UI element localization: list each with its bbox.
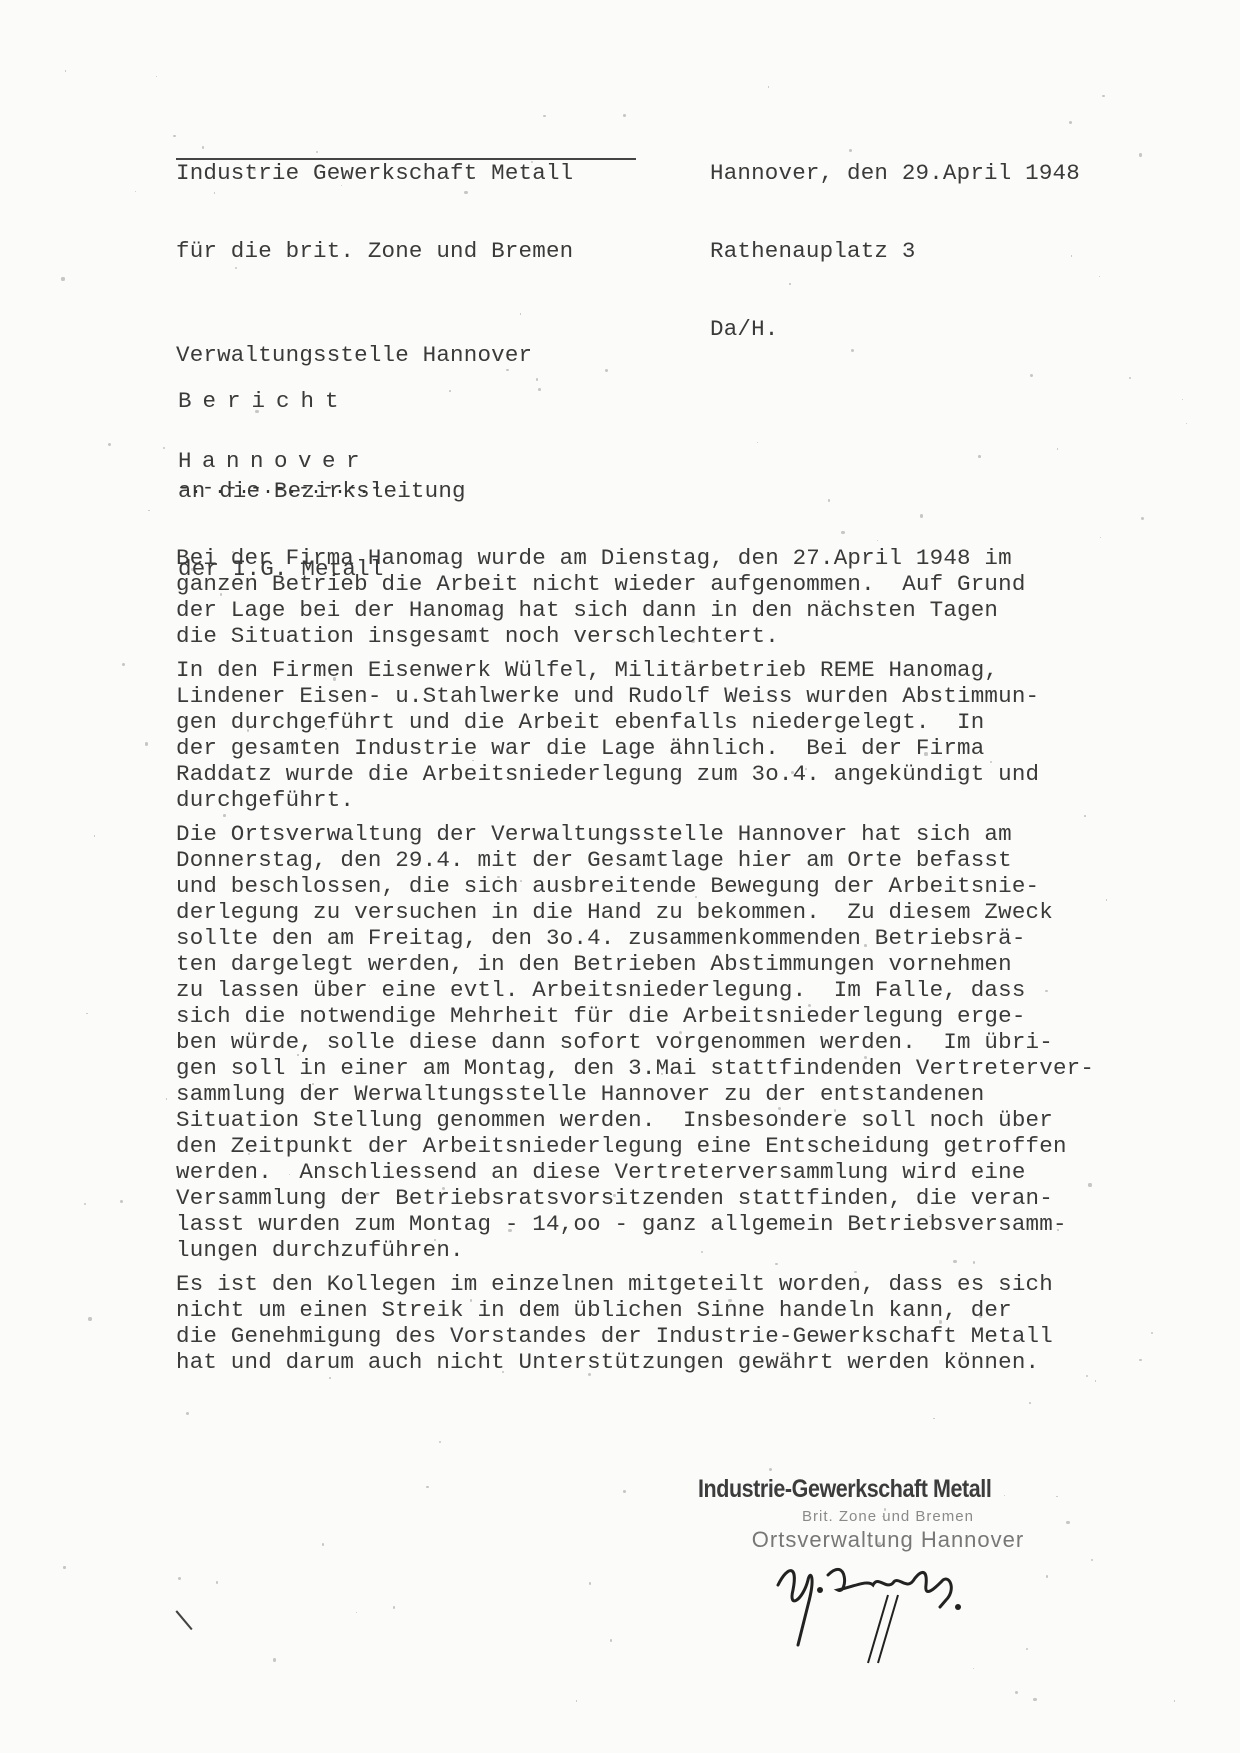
scan-speck bbox=[1026, 1648, 1028, 1650]
scan-speck bbox=[1029, 1402, 1031, 1404]
recipient-city-underline: -.-.-.-.-.-.-.-.- bbox=[178, 476, 382, 502]
scan-speck bbox=[1099, 276, 1100, 277]
body-line: Bei der Firma Hanomag wurde am Dienstag,… bbox=[176, 545, 1196, 571]
scan-speck bbox=[273, 1658, 276, 1661]
date-block: Hannover, den 29.April 1948 Rathenauplat… bbox=[710, 108, 1080, 394]
scan-speck bbox=[156, 76, 157, 77]
body-line: und beschlossen, die sich ausbreitende B… bbox=[176, 873, 1196, 899]
sender-line-2: für die brit. Zone und Bremen bbox=[176, 238, 573, 264]
scan-speck bbox=[65, 70, 67, 72]
body-line: hat und darum auch nicht Unterstützungen… bbox=[176, 1349, 1196, 1375]
body-line: Versammlung der Betriebsratsvorsitzenden… bbox=[176, 1185, 1196, 1211]
scan-speck bbox=[623, 1490, 626, 1493]
sender-line-1: Industrie Gewerkschaft Metall bbox=[176, 160, 573, 186]
scan-speck bbox=[589, 1582, 592, 1585]
body-line: der gesamten Industrie war die Lage ähnl… bbox=[176, 735, 1196, 761]
body-line: lasst wurden zum Montag - 14,oo - ganz a… bbox=[176, 1211, 1196, 1237]
body-line: Die Ortsverwaltung der Verwaltungsstelle… bbox=[176, 821, 1196, 847]
scan-speck bbox=[769, 1468, 772, 1471]
scan-speck bbox=[610, 1639, 612, 1641]
scan-speck bbox=[108, 443, 111, 446]
scan-speck bbox=[768, 86, 769, 87]
address: Rathenauplatz 3 bbox=[710, 238, 1080, 264]
scan-speck bbox=[356, 1612, 357, 1613]
body-line: zu lassen über eine evtl. Arbeitsniederl… bbox=[176, 977, 1196, 1003]
scan-speck bbox=[393, 1606, 395, 1608]
scan-speck bbox=[1100, 537, 1101, 538]
scan-speck bbox=[1174, 1700, 1176, 1702]
body-line: gen soll in einer am Montag, den 3.Mai s… bbox=[176, 1055, 1196, 1081]
scan-speck bbox=[120, 1200, 123, 1203]
scanned-letter-page: Industrie Gewerkschaft Metall für die br… bbox=[0, 0, 1240, 1753]
body-line: sollte den am Freitag, den 3o.4. zusamme… bbox=[176, 925, 1196, 951]
scan-speck bbox=[145, 742, 148, 745]
place-date: Hannover, den 29.April 1948 bbox=[710, 160, 1080, 186]
body-line: Raddatz wurde die Arbeitsniederlegung zu… bbox=[176, 761, 1196, 787]
body-line: Lindener Eisen- u.Stahlwerke und Rudolf … bbox=[176, 683, 1196, 709]
scan-speck bbox=[576, 1700, 578, 1702]
scan-speck bbox=[1046, 1575, 1049, 1578]
scan-speck bbox=[135, 191, 136, 192]
scan-speck bbox=[1091, 1559, 1093, 1561]
reference: Da/H. bbox=[710, 316, 1080, 342]
scan-speck bbox=[978, 455, 981, 458]
scan-speck bbox=[1129, 377, 1132, 380]
scan-speck bbox=[122, 663, 125, 666]
scan-speck bbox=[163, 447, 165, 449]
scan-speck bbox=[605, 369, 608, 372]
scan-speck bbox=[86, 1013, 87, 1014]
body-line: nicht um einen Streik in dem üblichen Si… bbox=[176, 1297, 1196, 1323]
scan-speck bbox=[877, 540, 879, 542]
scan-speck bbox=[426, 1486, 429, 1489]
stray-pen-mark: | bbox=[168, 1603, 199, 1636]
body-line: die Situation insgesamt noch verschlecht… bbox=[176, 623, 1196, 649]
scan-speck bbox=[88, 1317, 91, 1320]
body-paragraph: Bei der Firma Hanomag wurde am Dienstag,… bbox=[176, 545, 1196, 649]
body-line: die Genehmigung des Vorstandes der Indus… bbox=[176, 1323, 1196, 1349]
body-line: durchgeführt. bbox=[176, 787, 1196, 813]
scan-speck bbox=[828, 499, 830, 501]
scan-speck bbox=[933, 1418, 934, 1419]
body-paragraph: Es ist den Kollegen im einzelnen mitgete… bbox=[176, 1271, 1196, 1375]
stamp-line-2: Brit. Zone und Bremen bbox=[698, 1508, 1078, 1525]
scan-speck bbox=[322, 1543, 324, 1545]
body-line: den Zeitpunkt der Arbeitsniederlegung ei… bbox=[176, 1133, 1196, 1159]
organization-stamp: Industrie-Gewerkschaft Metall Brit. Zone… bbox=[698, 1475, 1078, 1553]
body-line: derlegung zu versuchen in die Hand zu be… bbox=[176, 899, 1196, 925]
body-line: Es ist den Kollegen im einzelnen mitgete… bbox=[176, 1271, 1196, 1297]
document-title: Bericht bbox=[178, 388, 466, 414]
scan-speck bbox=[216, 1581, 218, 1583]
body-line: Donnerstag, den 29.4. mit der Gesamtlage… bbox=[176, 847, 1196, 873]
scan-speck bbox=[166, 1098, 167, 1099]
stamp-line-1: Industrie-Gewerkschaft Metall bbox=[698, 1475, 1025, 1504]
scan-speck bbox=[920, 514, 923, 517]
body-line: lungen durchzuführen. bbox=[176, 1237, 1196, 1263]
scan-speck bbox=[63, 1566, 65, 1568]
scan-speck bbox=[1015, 1691, 1018, 1694]
body-line: sammlung der Werwaltungsstelle Hannover … bbox=[176, 1081, 1196, 1107]
body-paragraph: Die Ortsverwaltung der Verwaltungsstelle… bbox=[176, 821, 1196, 1263]
body-paragraph: In den Firmen Eisenwerk Wülfel, Militärb… bbox=[176, 657, 1196, 813]
body-line: sich die notwendige Mehrheit für die Arb… bbox=[176, 1003, 1196, 1029]
scan-speck bbox=[1102, 95, 1105, 98]
body-line: ganzen Betrieb die Arbeit nicht wieder a… bbox=[176, 571, 1196, 597]
scan-speck bbox=[84, 1203, 86, 1205]
letterhead-rule bbox=[176, 158, 636, 160]
signature-icon bbox=[768, 1545, 988, 1670]
body-line: gen durchgeführt und die Arbeit ebenfall… bbox=[176, 709, 1196, 735]
recipient-city: Hannover bbox=[178, 448, 370, 474]
body-line: werden. Anschliessend an diese Vertreter… bbox=[176, 1159, 1196, 1185]
body-line: In den Firmen Eisenwerk Wülfel, Militärb… bbox=[176, 657, 1196, 683]
scan-speck bbox=[439, 1441, 441, 1443]
scan-speck bbox=[148, 510, 149, 511]
scan-speck bbox=[1182, 399, 1183, 400]
scan-speck bbox=[757, 442, 758, 443]
body-line: ben würde, solle diese dann sofort vorge… bbox=[176, 1029, 1196, 1055]
body-line: ten dargelegt werden, in den Betrieben A… bbox=[176, 951, 1196, 977]
scan-speck bbox=[1057, 448, 1059, 450]
scan-speck bbox=[1033, 1698, 1036, 1701]
scan-speck bbox=[94, 835, 95, 836]
body-line: Situation Stellung genommen werden. Insb… bbox=[176, 1107, 1196, 1133]
scan-speck bbox=[1139, 153, 1142, 156]
scan-speck bbox=[1186, 423, 1187, 424]
body-line: der Lage bei der Hanomag hat sich dann i… bbox=[176, 597, 1196, 623]
scan-speck bbox=[841, 531, 844, 534]
scan-speck bbox=[178, 1577, 181, 1580]
scan-speck bbox=[186, 1412, 189, 1415]
scan-speck bbox=[1141, 517, 1144, 520]
scan-speck bbox=[623, 114, 626, 117]
scan-speck bbox=[61, 277, 64, 280]
letter-body: Bei der Firma Hanomag wurde am Dienstag,… bbox=[176, 545, 1196, 1383]
